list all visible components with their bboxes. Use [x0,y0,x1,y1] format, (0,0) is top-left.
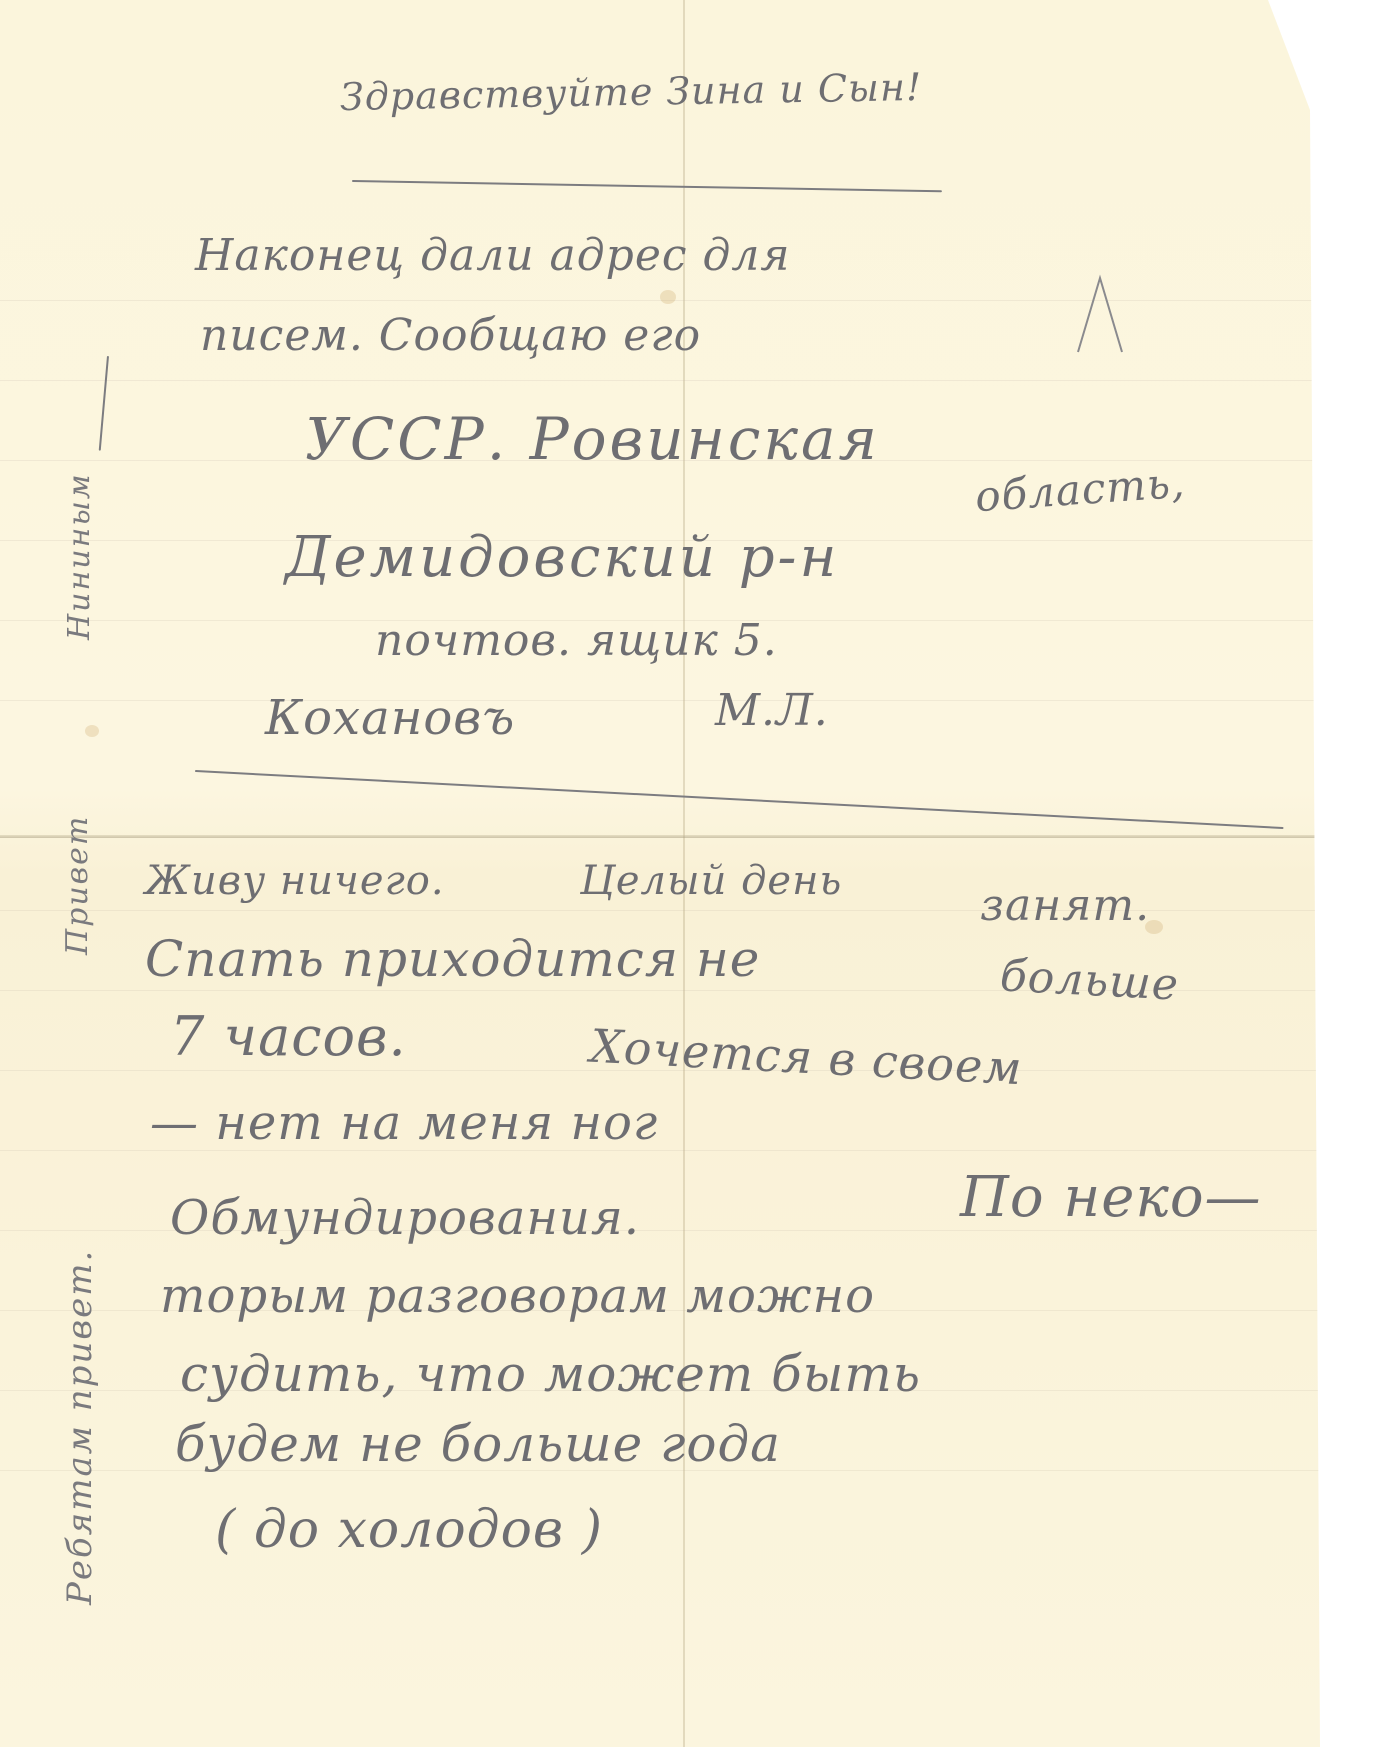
body-line-1-right: занят. [980,880,1150,931]
ruled-line [0,380,1320,381]
body-line-7: судить, что может быть [180,1345,921,1403]
body-line-6: торым разговорам можно [160,1268,875,1324]
letter-paper: Здравствуйте Зина и Сын! Наконец дали ад… [0,0,1387,1747]
section-divider-rule [195,770,1284,829]
body-line-5-left: Обмундирования. [170,1190,640,1246]
body-line-8: будем не больше года [175,1415,781,1473]
address-line-4-name: Кохановъ [265,690,515,746]
greeting: Здравствуйте Зина и Сын! [340,65,923,119]
corner-delta-mark [1070,270,1130,360]
body-line-1-left: Живу ничего. [145,858,445,904]
paper-stain [660,290,676,304]
horizontal-fold-crease [0,835,1330,838]
margin-note-names: Нининым [62,472,97,640]
address-line-1-oblast: область, [974,458,1187,522]
body-line-2-right: больше [999,950,1180,1010]
body-line-3-right: Хочется в своем [589,1019,1024,1096]
intro-line-2: писем. Сообщаю его [200,310,701,361]
intro-line-1: Наконец дали адрес для [195,230,791,281]
body-line-1-mid: Целый день [580,858,842,904]
address-line-3: почтов. ящик 5. [375,615,778,666]
address-line-1: УССР. Ровинская [305,405,880,473]
paper-stain [85,725,99,737]
address-line-4-initials: М.Л. [715,685,829,736]
body-line-3-left: 7 часов. [170,1005,407,1068]
margin-note-greetings: Ребятам привет. [60,1249,100,1605]
margin-stroke [99,356,109,451]
address-line-2: Демидовский р-н [285,525,839,590]
body-line-2-left: Спать приходится не [145,930,760,988]
paper-stain [1335,1500,1365,1560]
underline-rule [352,180,942,192]
body-line-9: ( до холодов ) [215,1500,603,1560]
ruled-line [0,700,1320,701]
body-line-5-right: По неко— [960,1165,1262,1230]
margin-note-privet: Привет [60,815,95,955]
body-line-4: — нет на меня ног [150,1095,658,1151]
